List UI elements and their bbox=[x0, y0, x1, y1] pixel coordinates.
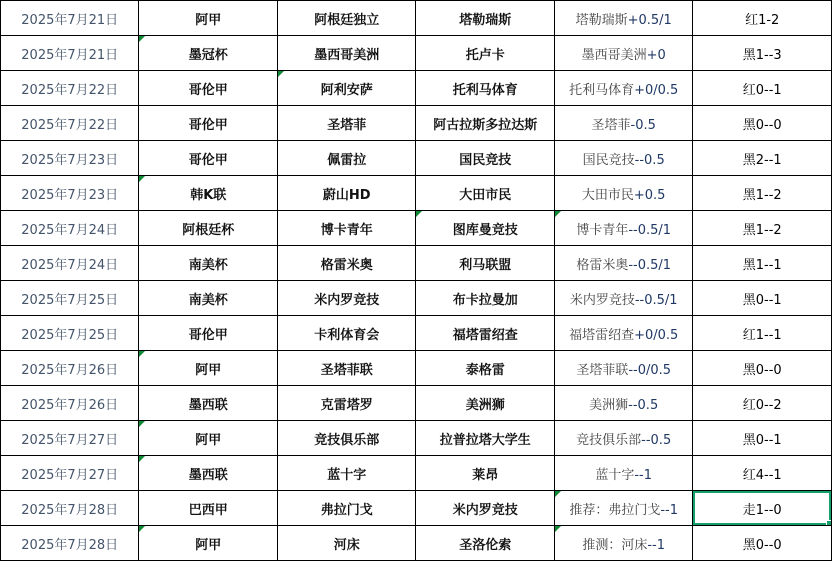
handicap-team-text: 圣塔菲联 bbox=[576, 363, 628, 378]
handicap-team-text: 圣塔菲 bbox=[591, 118, 630, 133]
date-cell[interactable]: 2025年7月21日 bbox=[1, 36, 139, 71]
away-team-text: 美洲狮 bbox=[466, 398, 505, 413]
table-row: 2025年7月21日 阿甲 阿根廷独立 塔勒瑞斯 塔勒瑞斯+0.5/1 红1-2 bbox=[1, 1, 832, 36]
date-cell[interactable]: 2025年7月26日 bbox=[1, 351, 139, 386]
result-cell[interactable]: 黑1--2 bbox=[693, 176, 832, 211]
league-text: 阿根廷杯 bbox=[182, 223, 234, 238]
date-cell[interactable]: 2025年7月21日 bbox=[1, 1, 139, 36]
league-cell[interactable]: 南美杯 bbox=[139, 281, 277, 316]
league-text: 哥伦甲 bbox=[189, 153, 228, 168]
result-text: 黑1--3 bbox=[743, 48, 782, 63]
result-text: 黑0--1 bbox=[743, 293, 782, 308]
table-row: 2025年7月24日 阿根廷杯 博卡青年 图库曼竞技 博卡青年--0.5/1 黑… bbox=[1, 211, 832, 246]
date-text: 2025年7月28日 bbox=[21, 503, 118, 518]
away-team-text: 国民竞技 bbox=[459, 153, 511, 168]
result-cell[interactable]: 红4--1 bbox=[693, 456, 832, 491]
league-text: 墨西联 bbox=[189, 398, 228, 413]
result-cell[interactable]: 黑0--1 bbox=[693, 421, 832, 456]
league-text: 哥伦甲 bbox=[189, 118, 228, 133]
result-text: 黑0--0 bbox=[743, 118, 782, 133]
table-row: 2025年7月22日 哥伦甲 圣塔菲 阿古拉斯多拉达斯 圣塔菲-0.5 黑0--… bbox=[1, 106, 832, 141]
date-cell[interactable]: 2025年7月24日 bbox=[1, 246, 139, 281]
date-text: 2025年7月26日 bbox=[21, 363, 118, 378]
date-text: 2025年7月23日 bbox=[21, 188, 118, 203]
away-team-text: 托利马体育 bbox=[453, 83, 518, 98]
result-cell[interactable]: 黑1--3 bbox=[693, 36, 832, 71]
date-cell[interactable]: 2025年7月22日 bbox=[1, 106, 139, 141]
result-text: 红4--1 bbox=[743, 468, 782, 483]
table-row: 2025年7月27日 墨西联 蓝十字 莱昂 蓝十字--1 红4--1 bbox=[1, 456, 832, 491]
table-row: 2025年7月28日 阿甲 河床 圣洛伦索 推测：河床--1 黑0--0 bbox=[1, 526, 832, 561]
away-team-cell[interactable]: 拉普拉塔大学生 bbox=[416, 421, 554, 456]
result-cell[interactable]: 黑2--1 bbox=[693, 141, 832, 176]
result-cell[interactable]: 红1-2 bbox=[693, 1, 832, 36]
flag-triangle-icon bbox=[416, 211, 422, 217]
away-team-cell[interactable]: 托利马体育 bbox=[416, 71, 554, 106]
away-team-cell[interactable]: 福塔雷绍查 bbox=[416, 316, 554, 351]
league-text: 韩K联 bbox=[190, 188, 226, 203]
handicap-team-text: 大田市民 bbox=[582, 188, 634, 203]
handicap-value-text: --0.5/1 bbox=[635, 293, 678, 308]
handicap-value-text: --0.5 bbox=[641, 433, 671, 448]
handicap-team-text: 米内罗竞技 bbox=[570, 293, 635, 308]
handicap-value-text: --0.5 bbox=[628, 398, 658, 413]
home-team-text: 阿利安萨 bbox=[321, 83, 373, 98]
handicap-value-text: -0.5 bbox=[631, 118, 656, 133]
handicap-cell[interactable]: 国民竞技--0.5 bbox=[554, 141, 692, 176]
handicap-team-text: 塔勒瑞斯 bbox=[576, 13, 628, 28]
handicap-team-text: 美洲狮 bbox=[589, 398, 628, 413]
date-text: 2025年7月27日 bbox=[21, 433, 118, 448]
handicap-team-text: 博卡青年 bbox=[576, 223, 628, 238]
home-team-text: 圣塔菲 bbox=[327, 118, 366, 133]
home-team-cell[interactable]: 竞技俱乐部 bbox=[277, 421, 415, 456]
handicap-value-text: --0.5/1 bbox=[628, 258, 671, 273]
date-text: 2025年7月23日 bbox=[21, 153, 118, 168]
table-row: 2025年7月24日 南美杯 格雷米奥 利马联盟 格雷米奥--0.5/1 黑1-… bbox=[1, 246, 832, 281]
league-text: 阿甲 bbox=[195, 433, 221, 448]
result-cell[interactable]: 黑0--0 bbox=[693, 106, 832, 141]
result-cell[interactable]: 红1--1 bbox=[693, 316, 832, 351]
result-text: 黑1--2 bbox=[743, 188, 782, 203]
home-team-cell[interactable]: 阿利安萨 bbox=[277, 71, 415, 106]
handicap-cell[interactable]: 博卡青年--0.5/1 bbox=[554, 211, 692, 246]
result-text: 走1--0 bbox=[743, 503, 782, 518]
home-team-text: 弗拉门戈 bbox=[321, 503, 373, 518]
fill-handle[interactable] bbox=[826, 520, 832, 526]
league-cell[interactable]: 阿甲 bbox=[139, 526, 277, 561]
handicap-team-text: 国民竞技 bbox=[583, 153, 635, 168]
date-cell[interactable]: 2025年7月24日 bbox=[1, 211, 139, 246]
date-text: 2025年7月21日 bbox=[21, 13, 118, 28]
result-cell[interactable]: 黑0--0 bbox=[693, 351, 832, 386]
away-team-text: 托卢卡 bbox=[466, 48, 505, 63]
date-cell[interactable]: 2025年7月27日 bbox=[1, 456, 139, 491]
home-team-text: 墨西哥美洲 bbox=[314, 48, 379, 63]
away-team-cell[interactable]: 国民竞技 bbox=[416, 141, 554, 176]
away-team-text: 米内罗竞技 bbox=[453, 503, 518, 518]
away-team-cell[interactable]: 大田市民 bbox=[416, 176, 554, 211]
home-team-cell[interactable]: 佩雷拉 bbox=[277, 141, 415, 176]
flag-triangle-icon bbox=[278, 71, 284, 77]
result-text: 黑0--0 bbox=[743, 363, 782, 378]
league-text: 南美杯 bbox=[189, 258, 228, 273]
handicap-cell[interactable]: 格雷米奥--0.5/1 bbox=[554, 246, 692, 281]
home-team-text: 蔚山HD bbox=[323, 188, 371, 203]
league-cell[interactable]: 墨西联 bbox=[139, 386, 277, 421]
league-text: 阿甲 bbox=[195, 363, 221, 378]
away-team-cell[interactable]: 图库曼竞技 bbox=[416, 211, 554, 246]
result-text: 黑2--1 bbox=[743, 153, 782, 168]
table-row: 2025年7月21日 墨冠杯 墨西哥美洲 托卢卡 墨西哥美洲+0 黑1--3 bbox=[1, 36, 832, 71]
league-cell[interactable]: 墨冠杯 bbox=[139, 36, 277, 71]
handicap-value-text: +0/0.5 bbox=[634, 83, 678, 98]
date-text: 2025年7月24日 bbox=[21, 258, 118, 273]
table-row: 2025年7月26日 阿甲 圣塔菲联 泰格雷 圣塔菲联--0/0.5 黑0--0 bbox=[1, 351, 832, 386]
table-row: 2025年7月23日 哥伦甲 佩雷拉 国民竞技 国民竞技--0.5 黑2--1 bbox=[1, 141, 832, 176]
table-row: 2025年7月25日 南美杯 米内罗竞技 布卡拉曼加 米内罗竞技--0.5/1 … bbox=[1, 281, 832, 316]
league-text: 哥伦甲 bbox=[189, 83, 228, 98]
league-cell[interactable]: 哥伦甲 bbox=[139, 141, 277, 176]
handicap-cell[interactable]: 托利马体育+0/0.5 bbox=[554, 71, 692, 106]
league-text: 巴西甲 bbox=[189, 503, 228, 518]
handicap-cell[interactable]: 大田市民+0.5 bbox=[554, 176, 692, 211]
date-text: 2025年7月22日 bbox=[21, 118, 118, 133]
handicap-team-text: 福塔雷绍查 bbox=[569, 328, 634, 343]
result-text: 黑0--0 bbox=[743, 538, 782, 553]
home-team-cell[interactable]: 卡利体育会 bbox=[277, 316, 415, 351]
away-team-text: 莱昂 bbox=[472, 468, 498, 483]
flag-triangle-icon bbox=[139, 526, 145, 532]
handicap-team-text: 格雷米奥 bbox=[576, 258, 628, 273]
handicap-cell[interactable]: 福塔雷绍查+0/0.5 bbox=[554, 316, 692, 351]
result-text: 黑1--2 bbox=[743, 223, 782, 238]
result-text: 红0--1 bbox=[743, 83, 782, 98]
handicap-cell[interactable]: 美洲狮--0.5 bbox=[554, 386, 692, 421]
league-cell[interactable]: 韩K联 bbox=[139, 176, 277, 211]
away-team-text: 大田市民 bbox=[459, 188, 511, 203]
result-text: 红1--1 bbox=[743, 328, 782, 343]
date-text: 2025年7月21日 bbox=[21, 48, 118, 63]
date-text: 2025年7月27日 bbox=[21, 468, 118, 483]
flag-triangle-icon bbox=[555, 526, 561, 532]
handicap-cell[interactable]: 米内罗竞技--0.5/1 bbox=[554, 281, 692, 316]
table-row: 2025年7月25日 哥伦甲 卡利体育会 福塔雷绍查 福塔雷绍查+0/0.5 红… bbox=[1, 316, 832, 351]
away-team-cell[interactable]: 布卡拉曼加 bbox=[416, 281, 554, 316]
flag-triangle-icon bbox=[139, 351, 145, 357]
handicap-cell[interactable]: 墨西哥美洲+0 bbox=[554, 36, 692, 71]
home-team-cell[interactable]: 格雷米奥 bbox=[277, 246, 415, 281]
home-team-text: 格雷米奥 bbox=[321, 258, 373, 273]
away-team-text: 利马联盟 bbox=[459, 258, 511, 273]
home-team-cell[interactable]: 阿根廷独立 bbox=[277, 1, 415, 36]
away-team-text: 布卡拉曼加 bbox=[453, 293, 518, 308]
home-team-text: 河床 bbox=[334, 538, 360, 553]
away-team-cell[interactable]: 莱昂 bbox=[416, 456, 554, 491]
flag-triangle-icon bbox=[139, 176, 145, 182]
handicap-value-text: --1 bbox=[647, 538, 665, 553]
handicap-cell[interactable]: 推测：河床--1 bbox=[554, 526, 692, 561]
away-team-cell[interactable]: 塔勒瑞斯 bbox=[416, 1, 554, 36]
handicap-value-text: +0.5/1 bbox=[628, 13, 672, 28]
handicap-cell[interactable]: 圣塔菲-0.5 bbox=[554, 106, 692, 141]
handicap-team-text: 推荐：弗拉门戈 bbox=[569, 503, 660, 518]
away-team-text: 阿古拉斯多拉达斯 bbox=[433, 118, 537, 133]
table-row: 2025年7月26日 墨西联 克雷塔罗 美洲狮 美洲狮--0.5 红0--2 bbox=[1, 386, 832, 421]
home-team-text: 米内罗竞技 bbox=[314, 293, 379, 308]
league-cell[interactable]: 南美杯 bbox=[139, 246, 277, 281]
handicap-value-text: +0.5 bbox=[634, 188, 666, 203]
handicap-value-text: +0 bbox=[647, 48, 666, 63]
home-team-cell[interactable]: 克雷塔罗 bbox=[277, 386, 415, 421]
league-cell[interactable]: 哥伦甲 bbox=[139, 71, 277, 106]
matches-table: 2025年7月21日 阿甲 阿根廷独立 塔勒瑞斯 塔勒瑞斯+0.5/1 红1-2… bbox=[0, 0, 832, 561]
league-text: 南美杯 bbox=[189, 293, 228, 308]
league-text: 墨西联 bbox=[189, 468, 228, 483]
date-text: 2025年7月25日 bbox=[21, 328, 118, 343]
flag-triangle-icon bbox=[139, 36, 145, 42]
away-team-cell[interactable]: 美洲狮 bbox=[416, 386, 554, 421]
date-cell[interactable]: 2025年7月25日 bbox=[1, 281, 139, 316]
home-team-cell[interactable]: 蓝十字 bbox=[277, 456, 415, 491]
home-team-text: 蓝十字 bbox=[327, 468, 366, 483]
date-cell[interactable]: 2025年7月26日 bbox=[1, 386, 139, 421]
result-cell[interactable]: 红0--2 bbox=[693, 386, 832, 421]
home-team-cell[interactable]: 蔚山HD bbox=[277, 176, 415, 211]
league-cell[interactable]: 阿根廷杯 bbox=[139, 211, 277, 246]
flag-triangle-icon bbox=[139, 456, 145, 462]
table-row: 2025年7月22日 哥伦甲 阿利安萨 托利马体育 托利马体育+0/0.5 红0… bbox=[1, 71, 832, 106]
league-cell[interactable]: 哥伦甲 bbox=[139, 106, 277, 141]
league-cell[interactable]: 哥伦甲 bbox=[139, 316, 277, 351]
away-team-text: 拉普拉塔大学生 bbox=[440, 433, 531, 448]
home-team-cell[interactable]: 博卡青年 bbox=[277, 211, 415, 246]
result-cell[interactable]: 黑0--0 bbox=[693, 526, 832, 561]
result-cell[interactable]: 黑1--2 bbox=[693, 211, 832, 246]
date-cell[interactable]: 2025年7月28日 bbox=[1, 526, 139, 561]
handicap-value-text: --0.5/1 bbox=[628, 223, 671, 238]
away-team-cell[interactable]: 托卢卡 bbox=[416, 36, 554, 71]
date-cell[interactable]: 2025年7月23日 bbox=[1, 176, 139, 211]
date-cell[interactable]: 2025年7月25日 bbox=[1, 316, 139, 351]
result-cell[interactable]: 红0--1 bbox=[693, 71, 832, 106]
league-cell[interactable]: 阿甲 bbox=[139, 421, 277, 456]
away-team-cell[interactable]: 阿古拉斯多拉达斯 bbox=[416, 106, 554, 141]
home-team-text: 竞技俱乐部 bbox=[314, 433, 379, 448]
home-team-text: 圣塔菲联 bbox=[321, 363, 373, 378]
away-team-cell[interactable]: 米内罗竞技 bbox=[416, 491, 554, 526]
date-text: 2025年7月24日 bbox=[21, 223, 118, 238]
home-team-text: 阿根廷独立 bbox=[314, 13, 379, 28]
handicap-value-text: --0/0.5 bbox=[628, 363, 671, 378]
table-body: 2025年7月21日 阿甲 阿根廷独立 塔勒瑞斯 塔勒瑞斯+0.5/1 红1-2… bbox=[1, 1, 832, 561]
home-team-cell[interactable]: 河床 bbox=[277, 526, 415, 561]
league-cell[interactable]: 巴西甲 bbox=[139, 491, 277, 526]
result-text: 红0--2 bbox=[743, 398, 782, 413]
date-cell[interactable]: 2025年7月28日 bbox=[1, 491, 139, 526]
handicap-value-text: --1 bbox=[634, 468, 652, 483]
flag-triangle-icon bbox=[139, 421, 145, 427]
league-text: 阿甲 bbox=[195, 538, 221, 553]
league-text: 哥伦甲 bbox=[189, 328, 228, 343]
home-team-cell[interactable]: 圣塔菲联 bbox=[277, 351, 415, 386]
result-cell[interactable]: 黑1--1 bbox=[693, 246, 832, 281]
date-cell[interactable]: 2025年7月27日 bbox=[1, 421, 139, 456]
handicap-cell[interactable]: 圣塔菲联--0/0.5 bbox=[554, 351, 692, 386]
home-team-cell[interactable]: 弗拉门戈 bbox=[277, 491, 415, 526]
result-text: 红1-2 bbox=[745, 13, 779, 28]
handicap-cell[interactable]: 塔勒瑞斯+0.5/1 bbox=[554, 1, 692, 36]
result-text: 黑0--1 bbox=[743, 433, 782, 448]
date-text: 2025年7月22日 bbox=[21, 83, 118, 98]
home-team-cell[interactable]: 墨西哥美洲 bbox=[277, 36, 415, 71]
handicap-value-text: --0.5 bbox=[635, 153, 665, 168]
away-team-cell[interactable]: 圣洛伦索 bbox=[416, 526, 554, 561]
home-team-text: 克雷塔罗 bbox=[321, 398, 373, 413]
handicap-cell[interactable]: 竞技俱乐部--0.5 bbox=[554, 421, 692, 456]
date-text: 2025年7月25日 bbox=[21, 293, 118, 308]
handicap-value-text: +0/0.5 bbox=[634, 328, 678, 343]
away-team-text: 图库曼竞技 bbox=[453, 223, 518, 238]
date-cell[interactable]: 2025年7月22日 bbox=[1, 71, 139, 106]
table-row: 2025年7月28日 巴西甲 弗拉门戈 米内罗竞技 推荐：弗拉门戈--1 走1-… bbox=[1, 491, 832, 526]
handicap-value-text: --1 bbox=[660, 503, 678, 518]
away-team-text: 塔勒瑞斯 bbox=[459, 13, 511, 28]
date-text: 2025年7月28日 bbox=[21, 538, 118, 553]
handicap-cell[interactable]: 蓝十字--1 bbox=[554, 456, 692, 491]
handicap-team-text: 竞技俱乐部 bbox=[576, 433, 641, 448]
date-text: 2025年7月26日 bbox=[21, 398, 118, 413]
result-text: 黑1--1 bbox=[743, 258, 782, 273]
away-team-cell[interactable]: 泰格雷 bbox=[416, 351, 554, 386]
away-team-text: 泰格雷 bbox=[466, 363, 505, 378]
flag-triangle-icon bbox=[555, 211, 561, 217]
handicap-team-text: 推测：河床 bbox=[582, 538, 647, 553]
home-team-cell[interactable]: 米内罗竞技 bbox=[277, 281, 415, 316]
home-team-text: 博卡青年 bbox=[321, 223, 373, 238]
home-team-text: 卡利体育会 bbox=[314, 328, 379, 343]
away-team-text: 圣洛伦索 bbox=[459, 538, 511, 553]
handicap-cell[interactable]: 推荐：弗拉门戈--1 bbox=[554, 491, 692, 526]
league-text: 墨冠杯 bbox=[189, 48, 228, 63]
result-cell[interactable]: 黑0--1 bbox=[693, 281, 832, 316]
date-cell[interactable]: 2025年7月23日 bbox=[1, 141, 139, 176]
away-team-text: 福塔雷绍查 bbox=[453, 328, 518, 343]
result-cell[interactable]: 走1--0 bbox=[693, 491, 832, 526]
flag-triangle-icon bbox=[555, 491, 561, 497]
home-team-cell[interactable]: 圣塔菲 bbox=[277, 106, 415, 141]
home-team-text: 佩雷拉 bbox=[327, 153, 366, 168]
handicap-team-text: 蓝十字 bbox=[595, 468, 634, 483]
league-cell[interactable]: 墨西联 bbox=[139, 456, 277, 491]
handicap-team-text: 墨西哥美洲 bbox=[582, 48, 647, 63]
handicap-team-text: 托利马体育 bbox=[569, 83, 634, 98]
table-row: 2025年7月27日 阿甲 竞技俱乐部 拉普拉塔大学生 竞技俱乐部--0.5 黑… bbox=[1, 421, 832, 456]
league-cell[interactable]: 阿甲 bbox=[139, 351, 277, 386]
league-text: 阿甲 bbox=[195, 13, 221, 28]
league-cell[interactable]: 阿甲 bbox=[139, 1, 277, 36]
table-row: 2025年7月23日 韩K联 蔚山HD 大田市民 大田市民+0.5 黑1--2 bbox=[1, 176, 832, 211]
away-team-cell[interactable]: 利马联盟 bbox=[416, 246, 554, 281]
